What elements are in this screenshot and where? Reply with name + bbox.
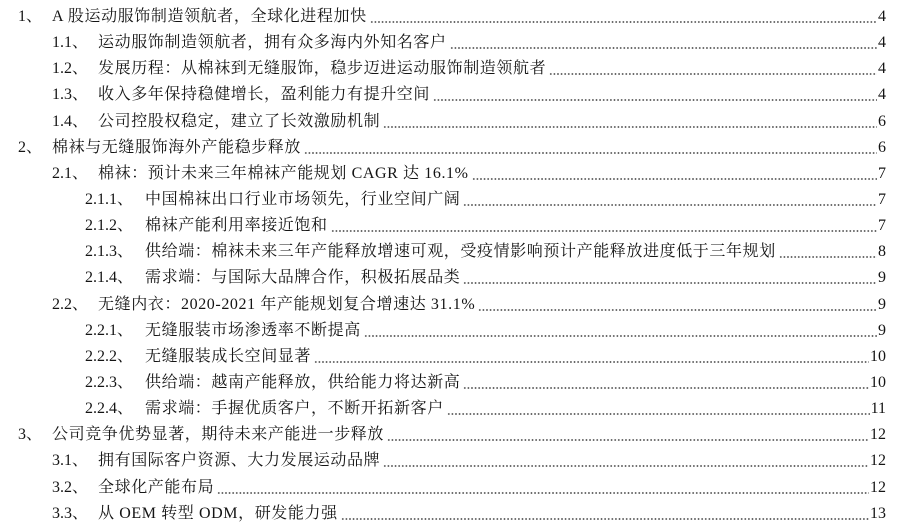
dot-leader bbox=[472, 161, 877, 187]
toc-entry-page[interactable]: 9 bbox=[878, 265, 886, 291]
dot-leader bbox=[463, 265, 877, 291]
toc-entry-number: 3.2、 bbox=[52, 475, 98, 501]
dot-leader bbox=[304, 135, 877, 161]
toc-entry-title[interactable]: 从 OEM 转型 ODM，研发能力强 bbox=[98, 501, 338, 527]
toc-entry-page[interactable]: 12 bbox=[870, 422, 886, 448]
toc-entry-page[interactable]: 8 bbox=[878, 239, 886, 265]
toc-entry-title[interactable]: 拥有国际客户资源、大力发展运动品牌 bbox=[98, 448, 380, 474]
toc-entry-level3[interactable]: 2.2.1、 无缝服装市场渗透率不断提高 9 bbox=[0, 318, 886, 344]
toc-entry-page[interactable]: 10 bbox=[870, 370, 886, 396]
toc-entry-title[interactable]: 棉袜：预计未来三年棉袜产能规划 CAGR 达 16.1% bbox=[98, 161, 469, 187]
toc-entry-number: 1.2、 bbox=[52, 56, 98, 82]
toc-entry-level2[interactable]: 1.1、 运动服饰制造领航者，拥有众多海内外知名客户 4 bbox=[0, 30, 886, 56]
toc-entry-level3[interactable]: 2.1.1、 中国棉袜出口行业市场领先，行业空间广阔 7 bbox=[0, 187, 886, 213]
toc-entry-page[interactable]: 11 bbox=[871, 396, 886, 422]
toc-entry-number: 2、 bbox=[18, 135, 52, 161]
toc-entry-number: 2.2.4、 bbox=[85, 396, 145, 422]
dot-leader bbox=[331, 213, 877, 239]
toc-entry-title[interactable]: 棉袜与无缝服饰海外产能稳步释放 bbox=[52, 135, 301, 161]
toc-entry-page[interactable]: 4 bbox=[878, 82, 886, 108]
toc-entry-page[interactable]: 13 bbox=[870, 501, 886, 527]
toc-entry-number: 2.1、 bbox=[52, 161, 98, 187]
toc-entry-page[interactable]: 7 bbox=[878, 213, 886, 239]
toc-entry-number: 1、 bbox=[18, 4, 52, 30]
toc-entry-number: 2.1.2、 bbox=[85, 213, 145, 239]
toc-entry-page[interactable]: 6 bbox=[878, 109, 886, 135]
toc-entry-title[interactable]: 需求端：与国际大品牌合作，积极拓展品类 bbox=[145, 265, 460, 291]
toc-entry-page[interactable]: 4 bbox=[878, 4, 886, 30]
toc-entry-number: 3.1、 bbox=[52, 448, 98, 474]
toc-entry-title[interactable]: 棉袜产能利用率接近饱和 bbox=[145, 213, 328, 239]
toc-entry-page[interactable]: 7 bbox=[878, 187, 886, 213]
toc-entry-page[interactable]: 9 bbox=[878, 292, 886, 318]
toc-entry-title[interactable]: 收入多年保持稳健增长，盈利能力有提升空间 bbox=[98, 82, 430, 108]
dot-leader bbox=[450, 30, 877, 56]
toc-entry-title[interactable]: 运动服饰制造领航者，拥有众多海内外知名客户 bbox=[98, 30, 447, 56]
toc-entry-level3[interactable]: 2.1.3、 供给端：棉袜未来三年产能释放增速可观，受疫情影响预计产能释放进度低… bbox=[0, 239, 886, 265]
toc-entry-number: 2.2.2、 bbox=[85, 344, 145, 370]
toc-entry-number: 1.1、 bbox=[52, 30, 98, 56]
toc-entry-number: 2.2.3、 bbox=[85, 370, 145, 396]
dot-leader bbox=[478, 292, 877, 318]
toc-entry-title[interactable]: A 股运动服饰制造领航者，全球化进程加快 bbox=[52, 4, 367, 30]
dot-leader bbox=[341, 501, 869, 527]
toc-entry-number: 3.3、 bbox=[52, 501, 98, 527]
dot-leader bbox=[217, 475, 869, 501]
dot-leader bbox=[549, 56, 877, 82]
toc-entry-level1[interactable]: 2、 棉袜与无缝服饰海外产能稳步释放 6 bbox=[0, 135, 886, 161]
dot-leader bbox=[383, 109, 877, 135]
toc-entry-level1[interactable]: 1、 A 股运动服饰制造领航者，全球化进程加快 4 bbox=[0, 4, 886, 30]
toc-entry-title[interactable]: 无缝内衣：2020-2021 年产能规划复合增速达 31.1% bbox=[98, 292, 475, 318]
toc-entry-number: 3、 bbox=[18, 422, 52, 448]
toc-entry-title[interactable]: 公司竞争优势显著，期待未来产能进一步释放 bbox=[52, 422, 384, 448]
toc-entry-number: 1.4、 bbox=[52, 109, 98, 135]
toc-entry-title[interactable]: 供给端：棉袜未来三年产能释放增速可观，受疫情影响预计产能释放进度低于三年规划 bbox=[145, 239, 776, 265]
toc-entry-title[interactable]: 全球化产能布局 bbox=[98, 475, 214, 501]
dot-leader bbox=[463, 370, 869, 396]
toc-entry-level1[interactable]: 3、 公司竞争优势显著，期待未来产能进一步释放 12 bbox=[0, 422, 886, 448]
toc-entry-level3[interactable]: 2.1.4、 需求端：与国际大品牌合作，积极拓展品类 9 bbox=[0, 265, 886, 291]
toc-entry-page[interactable]: 12 bbox=[870, 475, 886, 501]
dot-leader bbox=[387, 422, 869, 448]
dot-leader bbox=[779, 239, 877, 265]
toc-entry-title[interactable]: 无缝服装成长空间显著 bbox=[145, 344, 311, 370]
toc-entry-level2[interactable]: 1.2、 发展历程：从棉袜到无缝服饰，稳步迈进运动服饰制造领航者 4 bbox=[0, 56, 886, 82]
toc-entry-number: 2.1.1、 bbox=[85, 187, 145, 213]
toc-entry-level2[interactable]: 3.2、 全球化产能布局 12 bbox=[0, 475, 886, 501]
dot-leader bbox=[447, 396, 870, 422]
dot-leader bbox=[370, 4, 877, 30]
toc-entry-level3[interactable]: 2.2.3、 供给端：越南产能释放，供给能力将达新高 10 bbox=[0, 370, 886, 396]
toc-entry-title[interactable]: 供给端：越南产能释放，供给能力将达新高 bbox=[145, 370, 460, 396]
toc-entry-number: 1.3、 bbox=[52, 82, 98, 108]
toc-entry-page[interactable]: 6 bbox=[878, 135, 886, 161]
toc-entry-page[interactable]: 12 bbox=[870, 448, 886, 474]
toc-entry-page[interactable]: 4 bbox=[878, 56, 886, 82]
dot-leader bbox=[433, 82, 877, 108]
dot-leader bbox=[463, 187, 877, 213]
toc-entry-number: 2.2、 bbox=[52, 292, 98, 318]
toc-entry-level3[interactable]: 2.1.2、 棉袜产能利用率接近饱和 7 bbox=[0, 213, 886, 239]
toc-entry-page[interactable]: 4 bbox=[878, 30, 886, 56]
toc-entry-title[interactable]: 无缝服装市场渗透率不断提高 bbox=[145, 318, 361, 344]
toc-entry-level2[interactable]: 2.2、 无缝内衣：2020-2021 年产能规划复合增速达 31.1% 9 bbox=[0, 292, 886, 318]
toc-entry-number: 2.2.1、 bbox=[85, 318, 145, 344]
toc-entry-level2[interactable]: 1.4、 公司控股权稳定，建立了长效激励机制 6 bbox=[0, 109, 886, 135]
toc-entry-level2[interactable]: 2.1、 棉袜：预计未来三年棉袜产能规划 CAGR 达 16.1% 7 bbox=[0, 161, 886, 187]
dot-leader bbox=[364, 318, 877, 344]
toc-entry-title[interactable]: 公司控股权稳定，建立了长效激励机制 bbox=[98, 109, 380, 135]
toc-entry-page[interactable]: 7 bbox=[878, 161, 886, 187]
toc-entry-number: 2.1.4、 bbox=[85, 265, 145, 291]
toc-entry-level2[interactable]: 3.1、 拥有国际客户资源、大力发展运动品牌 12 bbox=[0, 448, 886, 474]
toc-entry-level2[interactable]: 3.3、 从 OEM 转型 ODM，研发能力强 13 bbox=[0, 501, 886, 527]
toc-entry-title[interactable]: 发展历程：从棉袜到无缝服饰，稳步迈进运动服饰制造领航者 bbox=[98, 56, 546, 82]
toc-entry-level3[interactable]: 2.2.2、 无缝服装成长空间显著 10 bbox=[0, 344, 886, 370]
toc-entry-title[interactable]: 需求端：手握优质客户，不断开拓新客户 bbox=[145, 396, 444, 422]
toc-entry-level3[interactable]: 2.2.4、 需求端：手握优质客户，不断开拓新客户 11 bbox=[0, 396, 886, 422]
toc-entry-page[interactable]: 10 bbox=[870, 344, 886, 370]
dot-leader bbox=[383, 448, 869, 474]
toc-entry-page[interactable]: 9 bbox=[878, 318, 886, 344]
toc-entry-title[interactable]: 中国棉袜出口行业市场领先，行业空间广阔 bbox=[145, 187, 460, 213]
toc-entry-number: 2.1.3、 bbox=[85, 239, 145, 265]
dot-leader bbox=[314, 344, 869, 370]
toc-entry-level2[interactable]: 1.3、 收入多年保持稳健增长，盈利能力有提升空间 4 bbox=[0, 82, 886, 108]
table-of-contents: 1、 A 股运动服饰制造领航者，全球化进程加快 4 1.1、 运动服饰制造领航者… bbox=[0, 4, 886, 527]
